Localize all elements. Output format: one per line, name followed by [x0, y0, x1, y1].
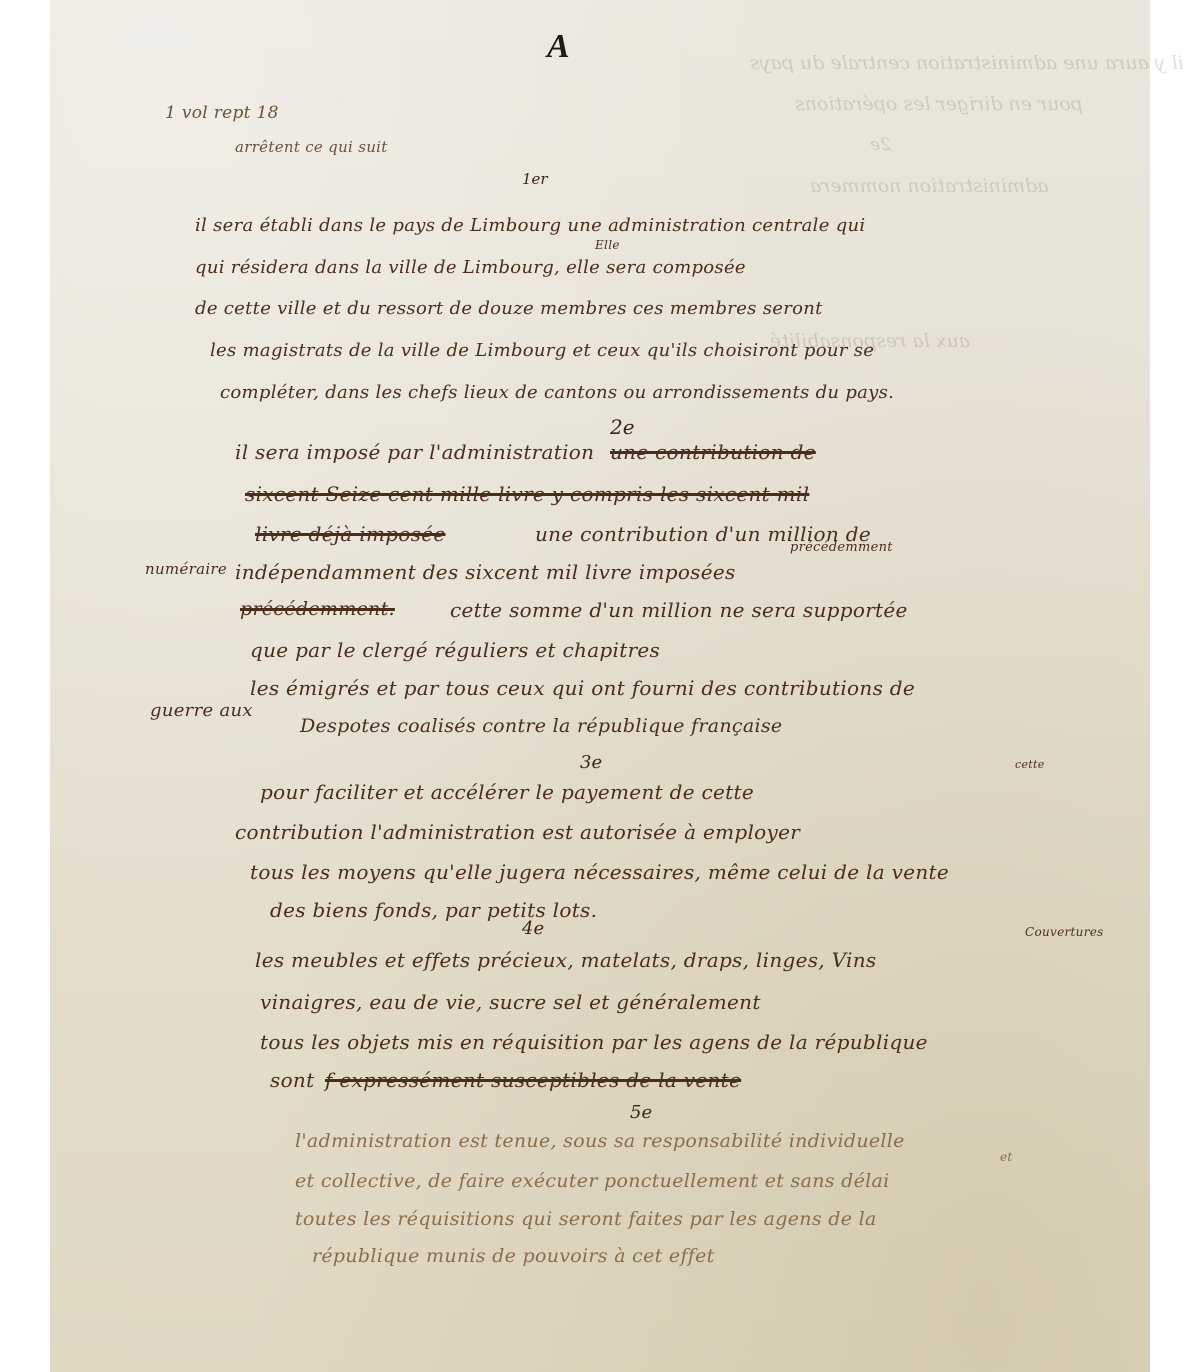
article-3-insert: cette [1015, 758, 1045, 771]
article-1-line-4: les magistrats de la ville de Limbourg e… [210, 340, 874, 361]
article-4-line-1: les meubles et effets précieux, matelats… [255, 948, 876, 972]
article-number: 5e [630, 1102, 652, 1123]
header-note-line-1: 1 vol rept 18 [165, 103, 279, 123]
article-3-line-3: tous les moyens qu'elle jugera nécessair… [250, 860, 949, 884]
article-2-margin-note: numéraire [145, 560, 227, 578]
article-2-line-5: cette somme d'un million ne sera support… [450, 598, 908, 622]
article-number: 1er [522, 170, 548, 188]
article-2-line-1: il sera imposé par l'administration [235, 440, 594, 464]
article-2-insert: précédemment [790, 540, 893, 555]
article-1-line-3: de cette ville et du ressort de douze me… [195, 298, 823, 319]
article-3-line-2: contribution l'administration est autori… [235, 820, 800, 844]
header-note-line-2: arrêtent ce qui suit [235, 138, 388, 156]
article-1-line-2: qui résidera dans la ville de Limbourg, … [195, 257, 746, 278]
article-1-line-1: il sera établi dans le pays de Limbourg … [195, 215, 866, 236]
article-5-insert: et [1000, 1150, 1013, 1164]
bleed-through-line: administration nommera [810, 175, 1048, 197]
article-1-insert: Elle [595, 238, 620, 252]
article-3-line-4: des biens fonds, par petits lots. [270, 898, 597, 922]
article-5-line-3: toutes les réquisitions qui seront faite… [295, 1208, 877, 1230]
article-2-struck-text: sixcent Seize cent mille livre y compris… [245, 482, 809, 506]
article-2-struck-text: livre déjà imposée [255, 522, 446, 546]
article-1-line-5: compléter, dans les chefs lieux de canto… [220, 382, 894, 403]
article-5-line-2: et collective, de faire exécuter ponctue… [295, 1170, 890, 1192]
article-number: 2e [610, 415, 635, 439]
article-4-insert: Couvertures [1025, 925, 1104, 939]
article-number: 4e [522, 918, 544, 939]
manuscript-page: il y aura une administration centrale du… [50, 0, 1150, 1372]
article-4-line-4: sont [270, 1068, 314, 1092]
article-2-struck-text: précédemment. [240, 598, 395, 620]
bleed-through-line: 2e [870, 135, 891, 155]
bleed-through-line: pour en diriger les opérations [795, 93, 1083, 115]
bleed-through-line: il y aura une administration centrale du… [750, 52, 1184, 74]
article-number: 3e [580, 752, 602, 773]
article-2-line-6: que par le clergé réguliers et chapitres [250, 638, 660, 662]
article-5-line-4: république munis de pouvoirs à cet effet [312, 1245, 715, 1267]
article-5-line-1: l'administration est tenue, sous sa resp… [295, 1130, 905, 1152]
article-3-line-1: pour faciliter et accélérer le payement … [260, 780, 754, 804]
article-2-margin-note: guerre aux [150, 700, 253, 721]
article-2-line-4: indépendamment des sixcent mil livre imp… [235, 560, 736, 584]
article-4-line-2: vinaigres, eau de vie, sucre sel et géné… [260, 990, 761, 1014]
article-2-line-7: les émigrés et par tous ceux qui ont fou… [250, 676, 915, 700]
article-2-line-8: Despotes coalisés contre la république f… [300, 715, 782, 737]
article-4-line-3: tous les objets mis en réquisition par l… [260, 1030, 928, 1054]
page-letter: A [547, 28, 570, 66]
article-4-struck-text: f expressément susceptibles de la vente [325, 1068, 741, 1092]
article-2-struck-text: une contribution de [610, 440, 816, 464]
